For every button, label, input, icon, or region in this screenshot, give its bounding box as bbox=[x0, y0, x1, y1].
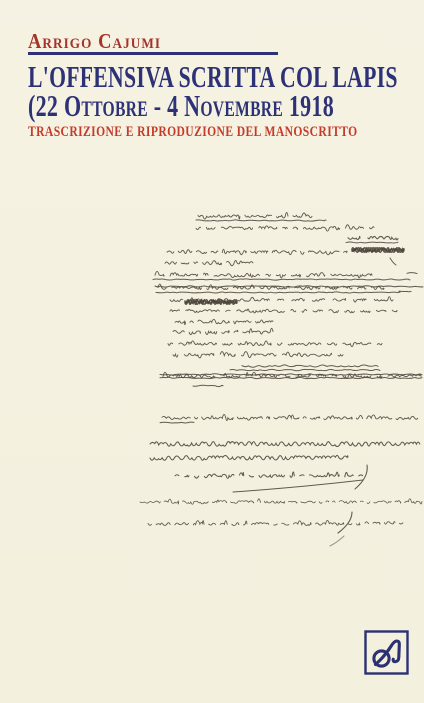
manuscript-stroke bbox=[376, 310, 386, 311]
manuscript-stroke bbox=[256, 320, 273, 323]
manuscript-stroke bbox=[185, 476, 189, 477]
manuscript-stroke bbox=[160, 377, 422, 378]
manuscript-stroke bbox=[300, 475, 304, 476]
manuscript-stroke bbox=[264, 501, 284, 503]
manuscript-stroke bbox=[333, 501, 336, 502]
manuscript-stroke bbox=[175, 321, 185, 325]
manuscript-stroke bbox=[186, 309, 220, 312]
manuscript-stroke bbox=[343, 342, 371, 346]
manuscript-stroke bbox=[226, 310, 230, 311]
manuscript-stroke bbox=[374, 501, 391, 503]
manuscript-stroke bbox=[196, 227, 201, 229]
manuscript-stroke bbox=[211, 251, 218, 253]
manuscript-stroke bbox=[288, 501, 297, 503]
manuscript-stroke bbox=[238, 341, 271, 346]
manuscript-stroke bbox=[165, 262, 176, 264]
manuscript-stroke bbox=[293, 213, 312, 218]
manuscript-stroke bbox=[370, 227, 375, 229]
manuscript-stroke bbox=[214, 273, 259, 277]
manuscript-stroke bbox=[360, 501, 363, 502]
manuscript-stroke bbox=[288, 343, 321, 346]
manuscript-stroke bbox=[220, 352, 235, 357]
manuscript-stroke bbox=[178, 250, 192, 254]
manuscript-stroke bbox=[181, 263, 189, 264]
manuscript-stroke bbox=[326, 501, 329, 502]
manuscript-stroke bbox=[319, 502, 322, 504]
manuscript-stroke bbox=[357, 524, 361, 526]
manuscript-stroke bbox=[313, 310, 323, 312]
manuscript-stroke bbox=[310, 417, 320, 419]
manuscript-stroke bbox=[242, 365, 378, 367]
manuscript-stroke bbox=[361, 311, 371, 313]
manuscript-stroke bbox=[272, 250, 296, 254]
manuscript-stroke bbox=[162, 416, 190, 419]
manuscript-stroke bbox=[292, 298, 305, 301]
manuscript-stroke bbox=[173, 330, 184, 333]
manuscript-stroke bbox=[150, 442, 420, 447]
manuscript-stroke bbox=[291, 309, 296, 311]
manuscript-stroke bbox=[206, 331, 217, 334]
manuscript-stroke bbox=[223, 343, 232, 345]
manuscript-stroke bbox=[276, 275, 285, 278]
manuscript-stroke bbox=[182, 501, 208, 504]
manuscript-stroke bbox=[203, 261, 222, 265]
manuscript-stroke bbox=[226, 261, 253, 266]
manuscript-stroke bbox=[348, 236, 360, 239]
manuscript-stroke bbox=[193, 385, 223, 386]
manuscript-stroke bbox=[258, 499, 261, 503]
manuscript-stroke bbox=[331, 274, 372, 278]
manuscript-stroke bbox=[407, 273, 417, 274]
manuscript-stroke bbox=[251, 251, 268, 254]
manuscript-stroke bbox=[234, 321, 251, 324]
manuscript-stroke bbox=[367, 415, 392, 419]
manuscript-stroke bbox=[173, 354, 178, 357]
manuscript-stroke bbox=[316, 520, 344, 525]
manuscript-stroke bbox=[194, 262, 198, 264]
manuscript-stroke bbox=[153, 279, 410, 280]
manuscript-stroke bbox=[392, 310, 397, 311]
manuscript-stroke bbox=[277, 212, 289, 217]
manuscript-stroke bbox=[291, 275, 300, 277]
manuscript-stroke bbox=[385, 522, 396, 525]
manuscript-stroke bbox=[355, 465, 367, 489]
manuscript-stroke bbox=[237, 417, 262, 421]
manuscript-stroke bbox=[293, 227, 298, 229]
manuscript-stroke bbox=[237, 309, 285, 313]
manuscript-stroke bbox=[222, 249, 246, 254]
manuscript-stroke bbox=[238, 297, 269, 301]
manuscript-stroke bbox=[168, 343, 173, 345]
manuscript-reproduction bbox=[0, 0, 424, 703]
manuscript-stroke bbox=[175, 523, 189, 525]
manuscript-stroke bbox=[230, 369, 380, 370]
manuscript-stroke bbox=[274, 415, 299, 419]
manuscript-stroke bbox=[358, 287, 366, 289]
manuscript-stroke bbox=[252, 523, 269, 525]
manuscript-stroke bbox=[267, 417, 270, 419]
manuscript-stroke bbox=[338, 512, 352, 533]
manuscript-stroke bbox=[277, 343, 282, 345]
manuscript-stroke bbox=[327, 343, 336, 345]
manuscript-stroke bbox=[212, 500, 227, 503]
manuscript-stroke bbox=[259, 475, 285, 478]
manuscript-stroke bbox=[333, 298, 346, 301]
manuscript-stroke bbox=[175, 475, 179, 476]
manuscript-stroke bbox=[330, 536, 344, 546]
manuscript-stroke bbox=[193, 521, 204, 525]
manuscript-stroke bbox=[190, 321, 193, 323]
manuscript-stroke bbox=[240, 472, 244, 475]
manuscript-stroke bbox=[345, 310, 355, 312]
manuscript-stroke bbox=[194, 417, 197, 419]
manuscript-stroke bbox=[338, 355, 343, 356]
manuscript-stroke bbox=[390, 258, 396, 265]
manuscript-stroke bbox=[346, 225, 364, 230]
manuscript-stroke bbox=[195, 476, 199, 478]
manuscript-stroke bbox=[164, 499, 179, 504]
manuscript-stroke bbox=[344, 251, 347, 252]
manuscript-stroke bbox=[209, 523, 216, 525]
manuscript-stroke bbox=[395, 501, 401, 503]
manuscript-stroke bbox=[160, 422, 194, 423]
manuscript-stroke bbox=[155, 271, 164, 276]
manuscript-stroke bbox=[301, 501, 316, 503]
manuscript-stroke bbox=[148, 524, 152, 526]
manuscript-stroke bbox=[359, 475, 363, 476]
manuscript-stroke bbox=[140, 501, 160, 503]
manuscript-stroke bbox=[405, 499, 422, 504]
manuscript-stroke bbox=[259, 226, 277, 229]
manuscript-stroke bbox=[307, 273, 325, 277]
manuscript-stroke bbox=[196, 251, 206, 254]
manuscript-stroke bbox=[150, 455, 348, 460]
manuscript-stroke bbox=[329, 310, 339, 313]
manuscript-stroke bbox=[243, 328, 273, 334]
manuscript-stroke bbox=[339, 501, 356, 504]
manuscript-stroke bbox=[242, 352, 277, 358]
manuscript-stroke bbox=[290, 472, 294, 477]
manuscript-stroke bbox=[196, 220, 326, 221]
manuscript-stroke bbox=[282, 352, 331, 356]
manuscript-stroke bbox=[312, 299, 324, 302]
manuscript-stroke bbox=[179, 341, 217, 345]
manuscript-stroke bbox=[198, 319, 229, 323]
manuscript-stroke bbox=[396, 416, 418, 419]
manuscript-stroke bbox=[170, 299, 183, 301]
manuscript-stroke bbox=[277, 299, 283, 300]
manuscript-stroke bbox=[282, 523, 289, 525]
manuscript-stroke bbox=[302, 310, 307, 313]
manuscript-stroke bbox=[232, 523, 239, 526]
book-cover: Arrigo Cajumi L'OFFENSIVA SCRITTA COL LA… bbox=[0, 0, 424, 703]
manuscript-stroke bbox=[155, 286, 423, 287]
manuscript-stroke bbox=[399, 291, 411, 292]
manuscript-stroke bbox=[221, 227, 252, 230]
manuscript-stroke bbox=[377, 343, 382, 344]
manuscript-stroke bbox=[189, 331, 200, 335]
manuscript-stroke bbox=[308, 251, 339, 255]
manuscript-stroke bbox=[324, 416, 352, 420]
manuscript-stroke bbox=[198, 215, 240, 219]
manuscript-stroke bbox=[356, 415, 362, 419]
manuscript-stroke bbox=[233, 480, 363, 492]
manuscript-stroke bbox=[204, 474, 234, 478]
manuscript-stroke bbox=[274, 524, 278, 525]
manuscript-stroke bbox=[184, 353, 214, 358]
manuscript-stroke bbox=[234, 330, 238, 332]
manuscript-stroke bbox=[202, 415, 234, 421]
manuscript-stroke bbox=[222, 331, 230, 334]
manuscript-stroke bbox=[354, 299, 367, 302]
publisher-logo-icon bbox=[363, 629, 411, 677]
manuscript-stroke bbox=[170, 310, 180, 312]
manuscript-stroke bbox=[167, 251, 174, 253]
manuscript-stroke bbox=[368, 236, 398, 239]
manuscript-stroke bbox=[170, 273, 198, 276]
manuscript-stroke bbox=[243, 521, 247, 525]
manuscript-stroke bbox=[285, 375, 290, 377]
manuscript-stroke bbox=[373, 522, 380, 524]
manuscript-stroke bbox=[367, 502, 370, 504]
manuscript-stroke bbox=[303, 417, 306, 418]
manuscript-stroke bbox=[283, 227, 288, 228]
manuscript-stroke bbox=[206, 227, 215, 229]
manuscript-stroke bbox=[156, 292, 400, 293]
manuscript-stroke bbox=[293, 521, 311, 526]
manuscript-stroke bbox=[365, 522, 369, 524]
manuscript-stroke bbox=[374, 297, 393, 301]
manuscript-stroke bbox=[204, 273, 209, 275]
manuscript-stroke bbox=[156, 523, 170, 526]
manuscript-stroke bbox=[266, 274, 271, 276]
manuscript-stroke bbox=[301, 251, 305, 254]
manuscript-stroke bbox=[304, 226, 340, 231]
manuscript-stroke bbox=[245, 215, 272, 218]
manuscript-stroke bbox=[348, 524, 352, 525]
manuscript-stroke bbox=[310, 472, 340, 477]
manuscript-stroke bbox=[345, 472, 353, 476]
manuscript-stroke bbox=[346, 242, 398, 243]
manuscript-stroke bbox=[231, 501, 254, 504]
manuscript-stroke bbox=[400, 523, 403, 524]
manuscript-stroke bbox=[249, 476, 253, 477]
manuscript-stroke bbox=[220, 521, 227, 525]
